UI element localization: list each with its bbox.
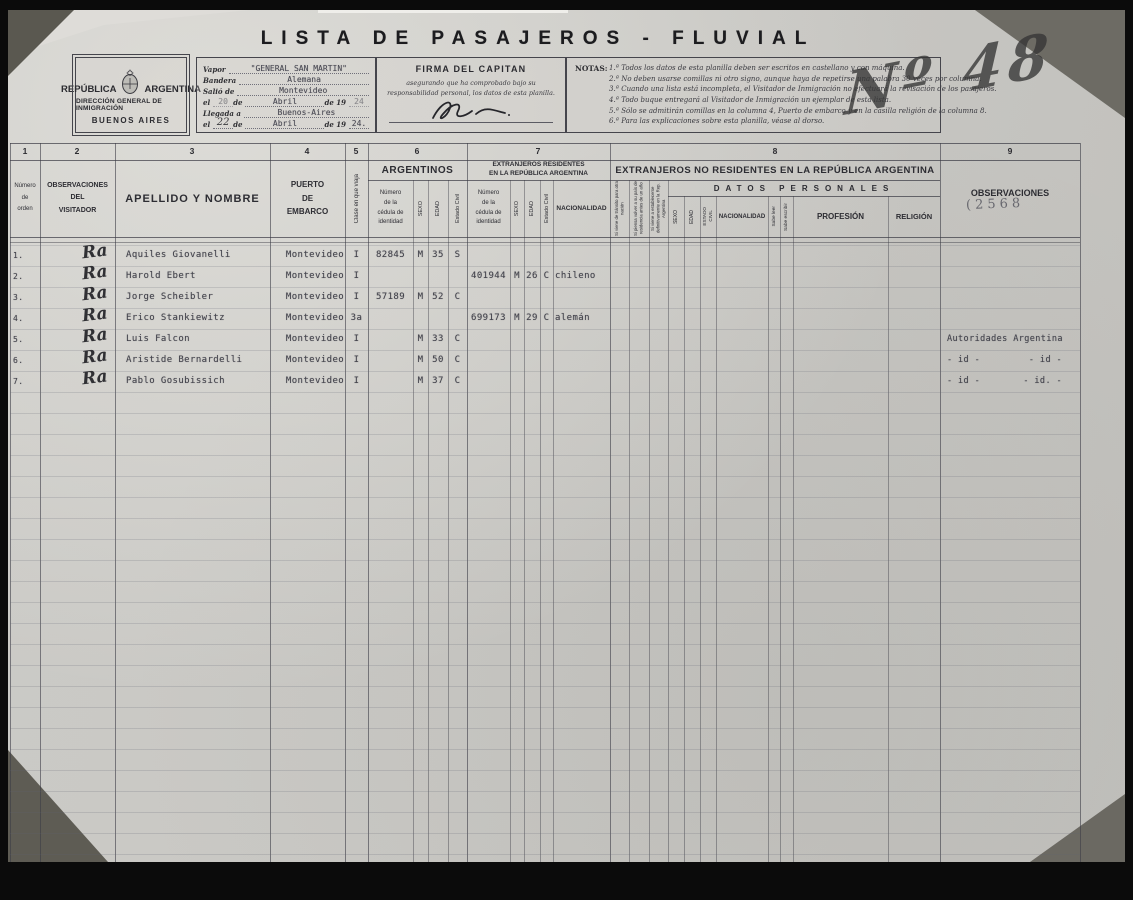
- header-sexo-datos: SEXO: [668, 196, 684, 237]
- extranjero-estado-civil: [540, 350, 553, 371]
- salio-line: Salió de Montevideo: [203, 85, 369, 96]
- establecerse-label: Si viene a establecerse definitivamente …: [650, 180, 667, 237]
- extranjero-estado-civil: [540, 287, 553, 308]
- argentino-edad: 52: [428, 287, 448, 308]
- header-clase-viaja-label: Clase en que viaja: [354, 174, 360, 223]
- argentino-estado-civil: C: [448, 329, 467, 350]
- letterhead-republica: REPÚBLICA: [61, 84, 116, 95]
- argentino-edad: 50: [428, 350, 448, 371]
- row-number: 4.: [13, 308, 39, 329]
- salida-fecha-line: el 20 de Abril de 19 24: [203, 96, 369, 107]
- sexo-label: SEXO: [418, 201, 424, 216]
- column-number: 3: [190, 143, 195, 160]
- extranjero-estado-civil: [540, 329, 553, 350]
- de19-label-2: de 19: [324, 120, 349, 129]
- header-sabe-escribir: Sabe escribir: [780, 196, 793, 237]
- travel-class: I: [345, 371, 368, 392]
- column-number: 1: [23, 143, 28, 160]
- edad-label: EDAD: [435, 201, 441, 216]
- passenger-rows: 1. Ra Aquiles Giovanelli Montevideo I 82…: [10, 245, 1080, 392]
- embark-port: Montevideo: [276, 308, 354, 329]
- row-number: 6.: [13, 350, 39, 371]
- captain-signature: [427, 96, 517, 124]
- embark-port: Montevideo: [276, 245, 354, 266]
- header-edad-extranjeros: EDAD: [524, 180, 540, 237]
- travel-class: 3a: [345, 308, 368, 329]
- argentino-sexo: M: [413, 245, 428, 266]
- vapor-value: "GENERAL SAN MARTIN": [229, 64, 369, 74]
- voyage-details-box: Vapor "GENERAL SAN MARTIN" Bandera Alema…: [196, 57, 376, 133]
- argentino-estado-civil: C: [448, 371, 467, 392]
- captain-signature-box: FIRMA DEL CAPITAN asegurando que ha comp…: [376, 57, 566, 133]
- row-observaciones: [947, 287, 1062, 308]
- extranjero-cedula: [467, 371, 510, 392]
- row-observaciones: - id - - id -: [947, 350, 1062, 371]
- header-datos-personales: DATOS PERSONALES: [668, 180, 940, 196]
- extranjero-cedula: [467, 287, 510, 308]
- sexo-label: SEXO: [673, 210, 679, 224]
- extranjero-edad: [524, 245, 540, 266]
- de-label-2: de: [233, 120, 245, 129]
- extranjero-edad: [524, 287, 540, 308]
- extranjero-sexo: [510, 371, 524, 392]
- argentino-cedula: [368, 329, 413, 350]
- extranjero-edad: [524, 350, 540, 371]
- row-number: 7.: [13, 371, 39, 392]
- argentino-edad: [428, 308, 448, 329]
- argentino-sexo: M: [413, 371, 428, 392]
- extranjero-estado-civil: C: [540, 308, 553, 329]
- column-number: 2: [75, 143, 80, 160]
- extranjero-sexo: M: [510, 308, 524, 329]
- row-number: 5.: [13, 329, 39, 350]
- passenger-name: Aquiles Giovanelli: [126, 245, 276, 266]
- embark-port: Montevideo: [276, 329, 354, 350]
- coat-of-arms-icon: [120, 69, 140, 95]
- header-sexo-extranjeros: SEXO: [510, 180, 524, 237]
- letterhead-box: REPÚBLICA ARGENTINA DIRECCIÓN GENERAL DE…: [75, 57, 187, 133]
- extranjero-edad: [524, 329, 540, 350]
- letterhead-direccion: DIRECCIÓN GENERAL DE INMIGRACIÓN: [76, 98, 186, 112]
- row-observacion-2: - id -: [1029, 350, 1062, 371]
- extranjero-sexo: [510, 245, 524, 266]
- argentino-cedula: 57189: [368, 287, 413, 308]
- header-piensa-volver: Si piensa volver a su país de residencia…: [629, 180, 649, 237]
- column-number: 6: [415, 143, 420, 160]
- extranjero-nacionalidad: chileno: [555, 266, 610, 287]
- extranjero-cedula: 401944: [467, 266, 510, 287]
- salio-value: Montevideo: [237, 86, 369, 96]
- salida-anio: 24: [349, 97, 369, 107]
- argentino-estado-civil: S: [448, 245, 467, 266]
- extranjero-nacionalidad: [555, 287, 610, 308]
- header-edad-argentinos: EDAD: [428, 180, 448, 237]
- embark-port: Montevideo: [276, 371, 354, 392]
- row-observaciones: [947, 266, 1062, 287]
- salida-dia: 20: [213, 97, 233, 107]
- header-numero-orden: Número de orden: [10, 160, 40, 237]
- extranjero-sexo: M: [510, 266, 524, 287]
- column-number: 5: [354, 143, 359, 160]
- extranjero-nacionalidad: [555, 245, 610, 266]
- table-row: 2. Ra Harold Ebert Montevideo I 401944 M…: [10, 266, 1080, 287]
- extranjero-edad: [524, 371, 540, 392]
- extranjero-sexo: [510, 287, 524, 308]
- scanned-passenger-list-page: LISTA DE PASAJEROS - FLUVIAL Nº 48 REPÚB…: [0, 0, 1133, 900]
- passenger-name: Pablo Gosubissich: [126, 371, 276, 392]
- letterhead-argentina: ARGENTINA: [144, 84, 200, 95]
- document-page: LISTA DE PASAJEROS - FLUVIAL Nº 48 REPÚB…: [8, 10, 1125, 862]
- letterhead-title-row: REPÚBLICA ARGENTINA: [61, 83, 201, 95]
- stamp-number: (2568: [966, 196, 1025, 213]
- argentino-cedula: [368, 371, 413, 392]
- sabe-leer-label: Sabe leer: [772, 206, 777, 227]
- paper-edge-highlight: [318, 10, 568, 13]
- de19-label: de 19: [324, 98, 349, 107]
- header-clase-viaja: Clase en que viaja: [345, 160, 368, 237]
- extranjero-nacionalidad: alemán: [555, 308, 610, 329]
- argentino-cedula: [368, 350, 413, 371]
- letterhead-ciudad: BUENOS AIRES: [92, 116, 171, 125]
- argentino-edad: [428, 266, 448, 287]
- row-number: 1.: [13, 245, 39, 266]
- column-number: 7: [536, 143, 541, 160]
- argentino-sexo: M: [413, 350, 428, 371]
- argentino-edad: 33: [428, 329, 448, 350]
- header-sexo-argentinos: SEXO: [413, 180, 428, 237]
- embark-port: Montevideo: [276, 287, 354, 308]
- argentino-edad: 37: [428, 371, 448, 392]
- row-number: 2.: [13, 266, 39, 287]
- column-number-strip: 123456789: [10, 143, 1080, 160]
- header-puerto-embarco: PUERTO DE EMBARCO: [270, 160, 345, 237]
- passenger-name: Erico Stankiewitz: [126, 308, 276, 329]
- table-row: 1. Ra Aquiles Giovanelli Montevideo I 82…: [10, 245, 1080, 266]
- llegada-anio: 24.: [349, 119, 369, 129]
- header-estado-civil-extranjeros: Estado Civil: [540, 180, 553, 237]
- travel-class: I: [345, 266, 368, 287]
- argentino-estado-civil: [448, 308, 467, 329]
- header-group-argentinos: ARGENTINOS: [368, 160, 467, 180]
- row-observacion-1: - id -: [947, 350, 980, 371]
- llegada-fecha-line: el 22 de Abril de 19 24.: [203, 118, 369, 129]
- header-estado-civil-argentinos: Estado Civil: [448, 180, 467, 237]
- sexo-label: SEXO: [514, 201, 520, 216]
- estado-civil-label: Estado Civil: [544, 194, 550, 223]
- bandera-line: Bandera Alemana: [203, 74, 369, 85]
- table-row: 6. Ra Aristide Bernardelli Montevideo I …: [10, 350, 1080, 371]
- header-nacionalidad-extranjeros: NACIONALIDAD: [553, 180, 610, 237]
- column-number: 4: [305, 143, 310, 160]
- header-transito: Si viene de tránsito para otra nación: [610, 180, 629, 237]
- extranjero-nacionalidad: [555, 329, 610, 350]
- extranjero-cedula: [467, 245, 510, 266]
- edad-label: EDAD: [529, 201, 535, 216]
- argentino-sexo: M: [413, 287, 428, 308]
- extranjero-edad: 26: [524, 266, 540, 287]
- argentino-cedula: [368, 308, 413, 329]
- extranjero-edad: 29: [524, 308, 540, 329]
- table-row: 3. Ra Jorge Scheibler Montevideo I 57189…: [10, 287, 1080, 308]
- salida-mes: Abril: [245, 97, 324, 107]
- argentino-sexo: M: [413, 329, 428, 350]
- extranjero-cedula: [467, 350, 510, 371]
- bandera-label: Bandera: [203, 76, 239, 85]
- estado-civil-label: Estado Civil: [455, 194, 461, 223]
- row-observaciones: - id - - id. -: [947, 371, 1062, 392]
- header-profesion: PROFESIÓN: [793, 196, 888, 237]
- extranjero-estado-civil: [540, 245, 553, 266]
- argentino-sexo: [413, 308, 428, 329]
- header-cedula-argentinos: Número de la cédula de identidad: [368, 180, 413, 237]
- extranjero-estado-civil: [540, 371, 553, 392]
- corner-shadow-top-left: [8, 10, 74, 76]
- extranjero-estado-civil: C: [540, 266, 553, 287]
- extranjero-cedula: [467, 329, 510, 350]
- visitor-mark: Ra: [81, 365, 123, 391]
- header-edad-datos: EDAD: [684, 196, 700, 237]
- header-apellido-nombre: APELLIDO Y NOMBRE: [115, 160, 270, 237]
- argentino-cedula: 82845: [368, 245, 413, 266]
- row-observacion-1: Autoridades Argentina: [947, 329, 1063, 350]
- travel-class: I: [345, 245, 368, 266]
- volver-label: Si piensa volver a su país de residencia…: [633, 180, 644, 237]
- llegada-value: Buenos-Aires: [244, 108, 369, 118]
- extranjero-sexo: [510, 329, 524, 350]
- vapor-line: Vapor "GENERAL SAN MARTIN": [203, 63, 369, 74]
- llegada-dia: 22: [213, 117, 233, 129]
- table-row: 7. Ra Pablo Gosubissich Montevideo I M 3…: [10, 371, 1080, 392]
- extranjero-cedula: 699173: [467, 308, 510, 329]
- signature-line: [389, 122, 553, 123]
- vapor-label: Vapor: [203, 65, 229, 74]
- extranjero-sexo: [510, 350, 524, 371]
- row-observaciones: Autoridades Argentina: [947, 329, 1062, 350]
- passenger-name: Jorge Scheibler: [126, 287, 276, 308]
- travel-class: I: [345, 350, 368, 371]
- extranjero-nacionalidad: [555, 371, 610, 392]
- row-number: 3.: [13, 287, 39, 308]
- row-observacion-1: - id -: [947, 371, 980, 392]
- header-estado-civil-datos: ESTADO CIVIL: [700, 196, 716, 237]
- de-label: de: [233, 98, 245, 107]
- header-nacionalidad-datos: NACIONALIDAD: [716, 196, 768, 237]
- argentino-cedula: [368, 266, 413, 287]
- sabe-escribir-label: Sabe escribir: [784, 203, 789, 231]
- transito-label: Si viene de tránsito para otra nación: [614, 180, 625, 237]
- salio-label: Salió de: [203, 87, 237, 96]
- extranjero-nacionalidad: [555, 350, 610, 371]
- argentino-estado-civil: [448, 266, 467, 287]
- column-number: 8: [773, 143, 778, 160]
- passenger-table: 123456789 Número de orden OBSERVACIONES …: [10, 143, 1080, 862]
- row-observaciones: [947, 245, 1062, 266]
- header-band: REPÚBLICA ARGENTINA DIRECCIÓN GENERAL DE…: [75, 57, 941, 135]
- table-row: 4. Ra Erico Stankiewitz Montevideo 3a 69…: [10, 308, 1080, 329]
- header-observaciones-visitador: OBSERVACIONES DEL VISITADOR: [40, 160, 115, 237]
- argentino-sexo: [413, 266, 428, 287]
- embark-port: Montevideo: [276, 266, 354, 287]
- passenger-name: Luis Falcon: [126, 329, 276, 350]
- el-label: el: [203, 98, 213, 107]
- header-sabe-leer: Sabe leer: [768, 196, 780, 237]
- bandera-value: Alemana: [239, 75, 369, 85]
- column-number: 9: [1008, 143, 1013, 160]
- argentino-estado-civil: C: [448, 287, 467, 308]
- llegada-mes: Abril: [245, 119, 324, 129]
- argentino-edad: 35: [428, 245, 448, 266]
- row-observaciones: [947, 308, 1062, 329]
- header-cedula-extranjeros: Número de la cédula de identidad: [467, 180, 510, 237]
- row-observacion-2: - id. -: [1023, 371, 1062, 392]
- notes-label: NOTAS:: [575, 64, 608, 73]
- header-group-extranjeros-residentes: EXTRANJEROS RESIDENTES EN LA REPÚBLICA A…: [467, 160, 610, 180]
- table-row: 5. Ra Luis Falcon Montevideo I M 33 C Au…: [10, 329, 1080, 350]
- captain-box-title: FIRMA DEL CAPITAN: [385, 64, 557, 74]
- travel-class: I: [345, 287, 368, 308]
- page-title: LISTA DE PASAJEROS - FLUVIAL: [188, 28, 888, 50]
- estado-civil-label: ESTADO CIVIL: [702, 207, 714, 226]
- header-establecerse: Si viene a establecerse definitivamente …: [649, 180, 668, 237]
- header-religion: RELIGIÓN: [888, 196, 940, 237]
- el-label-2: el: [203, 120, 213, 129]
- edad-label: EDAD: [689, 210, 695, 224]
- argentino-estado-civil: C: [448, 350, 467, 371]
- travel-class: I: [345, 329, 368, 350]
- passenger-name: Harold Ebert: [126, 266, 276, 287]
- passenger-name: Aristide Bernardelli: [126, 350, 276, 371]
- embark-port: Montevideo: [276, 350, 354, 371]
- header-group-extranjeros-no-residentes: EXTRANJEROS NO RESIDENTES EN LA REPÚBLIC…: [610, 160, 940, 180]
